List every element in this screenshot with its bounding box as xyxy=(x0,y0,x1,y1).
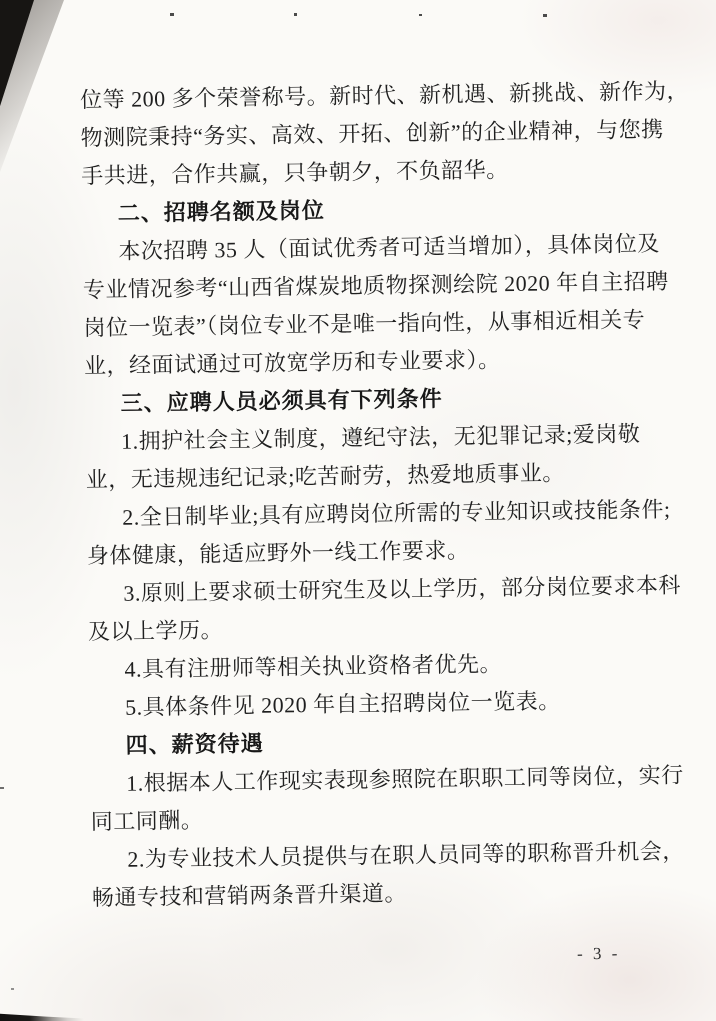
document-body: 位等 200 多个荣誉称号。新时代、新机遇、新挑战、新作为， 物测院秉持“务实、… xyxy=(80,73,672,918)
scan-edge-bottom-left xyxy=(0,1013,84,1021)
scan-speck xyxy=(294,13,297,16)
scan-speck xyxy=(543,14,547,17)
scan-speck xyxy=(419,14,422,16)
body-line: 畅通专技和营销两条晋升渠道。 xyxy=(92,871,672,918)
scan-speck xyxy=(170,13,174,16)
page-number: - 3 - xyxy=(577,944,621,965)
scan-speck xyxy=(0,787,4,789)
scan-speck xyxy=(11,988,14,990)
scanned-document-page: 位等 200 多个荣誉称号。新时代、新机遇、新挑战、新作为， 物测院秉持“务实、… xyxy=(0,0,716,1021)
